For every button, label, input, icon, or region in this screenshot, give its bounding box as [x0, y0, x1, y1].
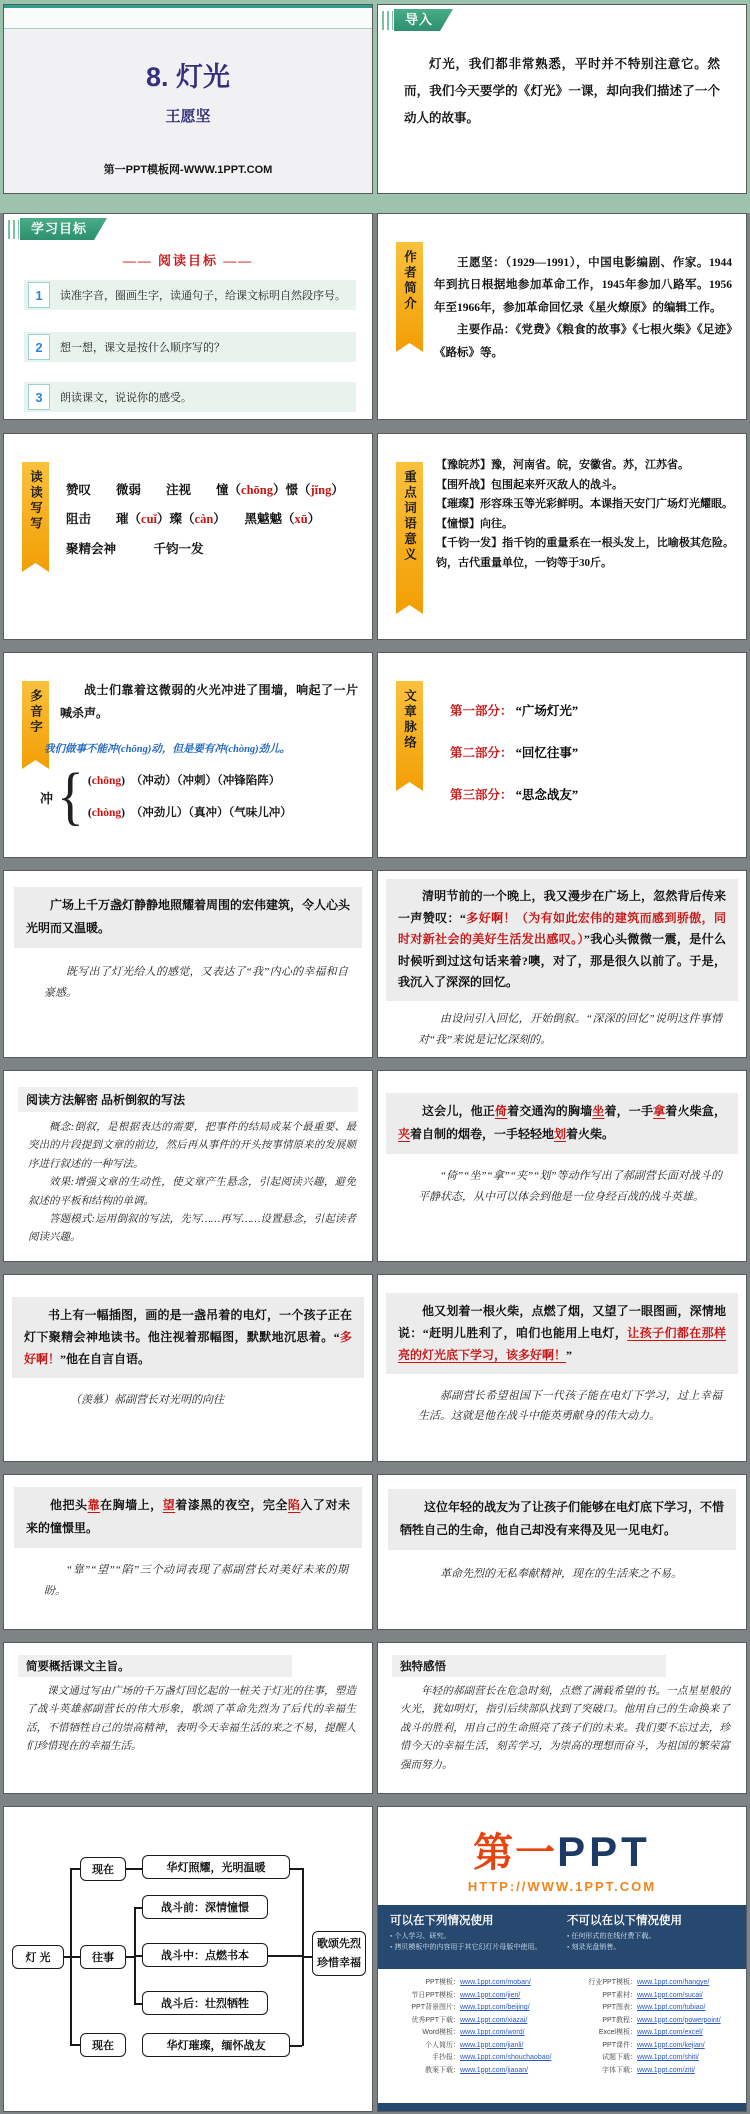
usage-forbidden-item: 任何形式的在线付费下载。: [567, 1931, 734, 1942]
goal-text: 朗读课文，说说你的感受。: [50, 389, 192, 405]
link-row: 优秀PPT下载：www.1ppt.com/xiazai/: [388, 2015, 559, 2028]
conclusion-line: 珍惜幸福: [315, 1954, 363, 1973]
slide-brand-footer: 第一PPT HTTP://WWW.1PPT.COM 可以在下列情况使用 个人学习…: [377, 1806, 747, 2112]
word-line: 阻击 璀（cuǐ）璨（càn） 黑魆魆（xū）: [66, 505, 364, 534]
pronunciation-line: (chōng) （冲动）（冲刺）（冲锋陷阵）: [88, 765, 292, 797]
link-row: PPT图表：www.1ppt.com/tubiao/: [565, 2002, 736, 2015]
term-definition: 【豫皖苏】豫，河南省。皖，安徽省。苏，江苏省。: [436, 456, 734, 476]
link-label: PPT背景图片：: [388, 2002, 460, 2015]
outline-parts: 第一部分： “广场灯光” 第二部分： “回忆往事” 第三部分： “思念战友”: [450, 701, 578, 803]
link-url[interactable]: www.1ppt.com/jiaoan/: [460, 2065, 528, 2078]
link-label: PPT课件：: [565, 2040, 637, 2053]
link-url[interactable]: www.1ppt.com/kejian/: [637, 2040, 705, 2053]
usage-allowed-title: 可以在下列情况使用: [390, 1912, 557, 1928]
annotation-text: （羡慕）郝副营长对光明的向往: [48, 1390, 348, 1411]
link-label: 手抄报：: [388, 2052, 460, 2065]
link-url[interactable]: www.1ppt.com/ziti/: [637, 2065, 695, 2078]
connector-line: [290, 2045, 302, 2047]
connector-line: [268, 1955, 302, 1957]
part-text: “广场灯光”: [516, 704, 579, 718]
method-heading: 阅读方法解密 品析倒叙的写法: [18, 1087, 358, 1112]
slide-cover: 8. 灯光 王愿坚 第一PPT模板网-WWW.1PPT.COM: [3, 4, 373, 194]
usage-forbidden-column: 不可以在以下情况使用 任何形式的在线付费下载。 刻录光盘销售。: [567, 1912, 734, 1962]
link-row: 节日PPT模板：www.1ppt.com/jieri/: [388, 1990, 559, 2003]
usage-allowed-column: 可以在下列情况使用 个人学习、研究。 拷贝模板中的内容用于其它幻灯片母版中使用。: [390, 1912, 557, 1962]
slide-terms: 重点词语意义 【豫皖苏】豫，河南省。皖，安徽省。苏，江苏省。 【围歼战】包围起来…: [377, 433, 747, 640]
annotation-text: 革命先烈的无私奉献精神，现在的生活来之不易。: [418, 1564, 722, 1585]
connector-line: [126, 1956, 134, 1958]
quote-text: 广场上千万盏灯静静地照耀着周围的宏伟建筑，令人心头光明而又温暖。: [14, 887, 362, 948]
link-url[interactable]: www.1ppt.com/moban/: [460, 1977, 531, 1990]
slide-preview-page: 8. 灯光 王愿坚 第一PPT模板网-WWW.1PPT.COM 导入 灯光，我们…: [0, 0, 750, 2114]
diagram-node-past: 往事: [80, 1945, 126, 1969]
slide-theme-summary: 简要概括课文主旨。 课文通过写由广场的千万盏灯回忆起的一桩关于灯光的往事，塑造了…: [3, 1642, 373, 1794]
connector-line: [70, 1868, 80, 1870]
site-watermark[interactable]: 第一PPT模板网-WWW.1PPT.COM: [4, 161, 372, 177]
slide-quote-analysis: 他又划着一根火柴，点燃了烟，又望了一眼图画，深情地说：“赶明儿胜利了，咱们也能用…: [377, 1274, 747, 1462]
link-label: PPT模板：: [388, 1977, 460, 1990]
connector-line: [290, 1868, 302, 1870]
link-label: 试题下载：: [565, 2052, 637, 2065]
diagram-leaf: 华灯照耀，光明温暖: [142, 1855, 290, 1879]
connector-line: [134, 1955, 142, 1957]
slide-polyphone: 多音字 战士们靠着这微弱的火光冲进了围墙，响起了一片喊杀声。 我们做事不能冲(c…: [3, 652, 373, 858]
tab-intro: 导入: [394, 9, 453, 31]
connector-line: [70, 1956, 80, 1958]
resource-links: PPT模板：www.1ppt.com/moban/ 节日PPT模板：www.1p…: [378, 1969, 746, 2103]
slide-author-intro: 作者简介 王愿坚：（1929—1991），中国电影编剧、作家。1944年到抗日根…: [377, 213, 747, 420]
intro-text: 灯光，我们都非常熟悉，平时并不特别注意它。然而，我们今天要学的《灯光》一课，却向…: [404, 51, 720, 132]
usage-forbidden-title: 不可以在以下情况使用: [567, 1912, 734, 1928]
link-url[interactable]: www.1ppt.com/xiazai/: [460, 2015, 527, 2028]
reading-goal-heading: —— 阅读目标 ——: [4, 250, 372, 269]
usage-allowed-item: 个人学习、研究。: [390, 1931, 557, 1942]
connector-line: [134, 2003, 142, 2005]
link-url[interactable]: www.1ppt.com/jieri/: [460, 1990, 520, 2003]
link-label: 个人简历：: [388, 2040, 460, 2053]
link-row: PPT教程：www.1ppt.com/powerpoint/: [565, 2015, 736, 2028]
slide-structure-diagram: 灯 光 现在 往事 现在 华灯照耀，光明温暖 战斗前：深情憧憬 战斗中：点燃书本…: [3, 1806, 373, 2112]
connector-line: [134, 1907, 142, 1909]
author-bio: 王愿坚：（1929—1991），中国电影编剧、作家。1944年到抗日根据地参加革…: [434, 252, 732, 319]
term-definitions: 【豫皖苏】豫，河南省。皖，安徽省。苏，江苏省。 【围歼战】包围起来歼灭敌人的战斗…: [436, 456, 734, 573]
link-label: 行业PPT模板：: [565, 1977, 637, 1990]
ribbon-author-intro: 作者简介: [396, 242, 423, 352]
slide-outline: 文章脉络 第一部分： “广场灯光” 第二部分： “回忆往事” 第三部分： “思念…: [377, 652, 747, 858]
link-url[interactable]: www.1ppt.com/jianli/: [460, 2040, 523, 2053]
diagram-conclusion-node: 歌颂先烈 珍惜幸福: [312, 1931, 366, 1976]
ribbon-outline: 文章脉络: [396, 681, 423, 791]
connector-line: [126, 1868, 142, 1870]
link-label: 优秀PPT下载：: [388, 2015, 460, 2028]
brace-icon: {: [57, 760, 84, 834]
polyphone-example: 我们做事不能冲(chōng)动，但是要有冲(chòng)劲儿。: [44, 741, 360, 756]
annotation-text: “倚”“坐”“拿”“夹”“划”等动作写出了郝副营长面对战斗的平静状态，从中可以体…: [418, 1166, 722, 1208]
annotation-text: 由设问引入回忆，开始倒叙。“深深的回忆”说明这件事情对“我”来说是记忆深刻的。: [418, 1009, 722, 1051]
diagram-leaf: 战斗后：壮烈牺牲: [142, 1991, 268, 2015]
part-label: 第一部分：: [450, 704, 513, 718]
method-answer-pattern: 答题模式:运用倒叙的写法，先写……再写……设置悬念，引起读者阅读兴趣。: [28, 1211, 356, 1248]
ribbon-words: 读读写写: [22, 462, 49, 572]
theme-heading: 简要概括课文主旨。: [18, 1655, 292, 1677]
link-row: Excel模板：www.1ppt.com/excel/: [565, 2027, 736, 2040]
term-definition: 【憧憬】向往。: [436, 515, 734, 535]
ribbon-terms: 重点词语意义: [396, 462, 423, 614]
brand-logo-en: PPT: [557, 1828, 651, 1875]
tab-stripes-icon: [382, 11, 393, 30]
outline-part: 第一部分： “广场灯光”: [450, 701, 578, 719]
annotation-text: 既写出了灯光给人的感觉，又表达了“我”内心的幸福和自豪感。: [44, 962, 348, 1004]
link-label: Word模板：: [388, 2027, 460, 2040]
word-list: 赞叹 微弱 注视 憧（chōng）憬（jǐng） 阻击 璀（cuǐ）璨（càn）…: [66, 476, 364, 564]
link-row: 手抄报：www.1ppt.com/shouchaobao/: [388, 2052, 559, 2065]
link-label: PPT素材：: [565, 1990, 637, 2003]
polyphone-sentence: 战士们靠着这微弱的火光冲进了围墙，响起了一片喊杀声。: [60, 679, 358, 726]
conclusion-line: 歌颂先烈: [315, 1935, 363, 1954]
brand-url-link[interactable]: HTTP://WWW.1PPT.COM: [378, 1879, 746, 1894]
link-label: Excel模板：: [565, 2027, 637, 2040]
link-url[interactable]: www.1ppt.com/shouchaobao/: [460, 2052, 551, 2065]
cover-top-decoration: [4, 5, 372, 29]
link-url[interactable]: www.1ppt.com/tubiao/: [637, 2002, 705, 2015]
link-url[interactable]: www.1ppt.com/shiti/: [637, 2052, 699, 2065]
pronunciation-list: (chōng) （冲动）（冲刺）（冲锋陷阵） (chòng) （冲劲儿）（真冲）…: [88, 765, 292, 829]
slide-quote-analysis: 书上有一幅插图，画的是一盏吊着的电灯，一个孩子正在灯下聚精会神地读书。他注视着那…: [3, 1274, 373, 1462]
slide-quote-analysis: 这位年轻的战友为了让孩子们能够在电灯底下学习，不惜牺牲自己的生命，他自己却没有来…: [377, 1474, 747, 1630]
goal-number-badge: 1: [28, 282, 50, 308]
insight-heading: 独特感悟: [392, 1655, 666, 1677]
tab-goals: 学习目标: [20, 218, 107, 240]
part-label: 第二部分：: [450, 746, 513, 760]
annotation-text: 郝副营长希望祖国下一代孩子能在电灯下学习，过上幸福生活。这就是他在战斗中能英勇献…: [418, 1386, 722, 1428]
diagram-leaf: 华灯璀璨，缅怀战友: [142, 2033, 290, 2057]
part-label: 第三部分：: [450, 788, 513, 802]
connector-line: [70, 2044, 80, 2046]
usage-forbidden-item: 刻录光盘销售。: [567, 1942, 734, 1953]
quote-text: 这会儿，他正倚着交通沟的胸墙坐着，一手拿着火柴盒，夹着自制的烟卷，一手轻轻地划着…: [386, 1093, 738, 1154]
slide-reading-method: 阅读方法解密 品析倒叙的写法 概念:倒叙，是根据表达的需要，把事件的结局或某个最…: [3, 1070, 373, 1262]
link-row: PPT模板：www.1ppt.com/moban/: [388, 1977, 559, 1990]
link-url[interactable]: www.1ppt.com/beijing/: [460, 2002, 530, 2015]
goal-item: 1 读准字音，圈画生字，读通句子，给课文标明自然段序号。: [24, 280, 356, 310]
goal-number-badge: 3: [28, 384, 50, 410]
insight-paragraph: 年轻的郝副营长在危急时刻，点燃了满载希望的书。一点星星般的火光，犹如明灯，指引后…: [400, 1683, 730, 1775]
part-text: “思念战友”: [516, 788, 579, 802]
slide-quote-analysis: 他把头靠在胸墙上，望着漆黑的夜空，完全陷入了对未来的憧憬里。 “靠”“望”“陷”…: [3, 1474, 373, 1630]
link-row: PPT课件：www.1ppt.com/kejian/: [565, 2040, 736, 2053]
theme-paragraph: 课文通过写由广场的千万盏灯回忆起的一桩关于灯光的往事，塑造了战斗英雄郝副营长的伟…: [26, 1683, 356, 1757]
quote-text: 清明节前的一个晚上，我又漫步在广场上，忽然背后传来一声赞叹：“多好啊！（为有如此…: [386, 879, 738, 1001]
links-column-left: PPT模板：www.1ppt.com/moban/ 节日PPT模板：www.1p…: [388, 1977, 559, 2095]
connector-line: [302, 1956, 312, 1958]
link-url[interactable]: www.1ppt.com/hangye/: [637, 1977, 709, 1990]
lesson-author: 王愿坚: [4, 105, 372, 126]
goal-number-badge: 2: [28, 334, 50, 360]
polyphone-character: 冲: [40, 788, 53, 807]
slide-insight: 独特感悟 年轻的郝副营长在危急时刻，点燃了满载希望的书。一点星星般的火光，犹如明…: [377, 1642, 747, 1794]
diagram-root-node: 灯 光: [12, 1945, 64, 1969]
brand-logo: 第一PPT: [378, 1821, 746, 1878]
diagram-leaf: 战斗前：深情憧憬: [142, 1895, 268, 1919]
link-url[interactable]: www.1ppt.com/sucai/: [637, 1990, 703, 2003]
link-row: 试题下载：www.1ppt.com/shiti/: [565, 2052, 736, 2065]
links-column-right: 行业PPT模板：www.1ppt.com/hangye/ PPT素材：www.1…: [565, 1977, 736, 2095]
brand-logo-cn: 第一: [473, 1831, 557, 1875]
link-url[interactable]: www.1ppt.com/powerpoint/: [637, 2015, 721, 2028]
diagram-node-now: 现在: [80, 1857, 126, 1881]
annotation-text: “靠”“望”“陷”三个动词表现了郝副营长对美好未来的期盼。: [44, 1560, 348, 1602]
usage-allowed-item: 拷贝模板中的内容用于其它幻灯片母版中使用。: [390, 1942, 557, 1953]
footer-strip: [378, 2103, 746, 2111]
word-line: 赞叹 微弱 注视 憧（chōng）憬（jǐng）: [66, 476, 364, 505]
link-row: PPT背景图片：www.1ppt.com/beijing/: [388, 2002, 559, 2015]
tab-stripes-icon: [8, 220, 19, 239]
part-text: “回忆往事”: [516, 746, 579, 760]
author-intro-text: 王愿坚：（1929—1991），中国电影编剧、作家。1944年到抗日根据地参加革…: [434, 252, 732, 364]
slide-quote-analysis: 清明节前的一个晚上，我又漫步在广场上，忽然背后传来一声赞叹：“多好啊！（为有如此…: [377, 870, 747, 1058]
link-label: 字体下载：: [565, 2065, 637, 2078]
link-url[interactable]: www.1ppt.com/excel/: [637, 2027, 703, 2040]
method-body: 概念:倒叙，是根据表达的需要，把事件的结局或某个最重要、最突出的片段提到文章的前…: [28, 1119, 356, 1248]
slide-intro: 导入 灯光，我们都非常熟悉，平时并不特别注意它。然而，我们今天要学的《灯光》一课…: [377, 4, 747, 194]
outline-part: 第三部分： “思念战友”: [450, 785, 578, 803]
term-definition: 【围歼战】包围起来歼灭敌人的战斗。: [436, 476, 734, 496]
link-label: PPT教程：: [565, 2015, 637, 2028]
word-line: 聚精会神 千钧一发: [66, 535, 364, 564]
goal-text: 想一想，课文是按什么顺序写的？: [50, 339, 225, 355]
goal-item: 2 想一想，课文是按什么顺序写的？: [24, 332, 356, 362]
outline-part: 第二部分： “回忆往事”: [450, 743, 578, 761]
goal-item: 3 朗读课文，说说你的感受。: [24, 382, 356, 412]
slide-words: 读读写写 赞叹 微弱 注视 憧（chōng）憬（jǐng） 阻击 璀（cuǐ）璨…: [3, 433, 373, 640]
link-row: 字体下载：www.1ppt.com/ziti/: [565, 2065, 736, 2078]
polyphone-group: 冲 { (chōng) （冲动）（冲刺）（冲锋陷阵） (chòng) （冲劲儿）…: [40, 765, 292, 829]
link-label: 节日PPT模板：: [388, 1990, 460, 2003]
usage-terms-band: 可以在下列情况使用 个人学习、研究。 拷贝模板中的内容用于其它幻灯片母版中使用。…: [378, 1905, 746, 1969]
diagram-leaf: 战斗中：点燃书本: [142, 1943, 268, 1967]
quote-text: 他又划着一根火柴，点燃了烟，又望了一眼图画，深情地说：“赶明儿胜利了，咱们也能用…: [386, 1293, 738, 1374]
term-definition: 【璀璨】形容珠玉等光彩鲜明。本课指天安门广场灯光耀眼。: [436, 495, 734, 515]
link-row: 教案下载：www.1ppt.com/jiaoan/: [388, 2065, 559, 2078]
diagram-node-now: 现在: [80, 2033, 126, 2057]
term-definition: 【千钧一发】指千钧的重量系在一根头发上，比喻极其危险。钧，古代重量单位，一钧等于…: [436, 534, 734, 573]
method-concept: 概念:倒叙，是根据表达的需要，把事件的结局或某个最重要、最突出的片段提到文章的前…: [28, 1119, 356, 1174]
slide-goals: 学习目标 —— 阅读目标 —— 1 读准字音，圈画生字，读通句子，给课文标明自然…: [3, 213, 373, 420]
quote-text: 书上有一幅插图，画的是一盏吊着的电灯，一个孩子正在灯下聚精会神地读书。他注视着那…: [12, 1297, 364, 1378]
pronunciation-line: (chòng) （冲劲儿）（真冲）（气味儿冲）: [88, 797, 292, 829]
slide-quote-analysis: 这会儿，他正倚着交通沟的胸墙坐着，一手拿着火柴盒，夹着自制的烟卷，一手轻轻地划着…: [377, 1070, 747, 1262]
link-label: PPT图表：: [565, 2002, 637, 2015]
link-label: 教案下载：: [388, 2065, 460, 2078]
goal-text: 读准字音，圈画生字，读通句子，给课文标明自然段序号。: [50, 287, 346, 303]
lesson-title: 8. 灯光: [4, 55, 372, 94]
slide-quote-analysis: 广场上千万盏灯静静地照耀着周围的宏伟建筑，令人心头光明而又温暖。 既写出了灯光给…: [3, 870, 373, 1058]
author-works: 主要作品：《党费》《粮食的故事》《七根火柴》《足迹》《路标》等。: [434, 319, 732, 364]
method-effect: 效果:增强文章的生动性，使文章产生悬念，引起阅读兴趣，避免叙述的平板和结构的单调…: [28, 1174, 356, 1211]
link-row: Word模板：www.1ppt.com/word/: [388, 2027, 559, 2040]
quote-text: 他把头靠在胸墙上，望着漆黑的夜空，完全陷入了对未来的憧憬里。: [14, 1487, 362, 1548]
link-row: PPT素材：www.1ppt.com/sucai/: [565, 1990, 736, 2003]
link-row: 个人简历：www.1ppt.com/jianli/: [388, 2040, 559, 2053]
quote-text: 这位年轻的战友为了让孩子们能够在电灯底下学习，不惜牺牲自己的生命，他自己却没有来…: [388, 1489, 736, 1550]
link-row: 行业PPT模板：www.1ppt.com/hangye/: [565, 1977, 736, 1990]
link-url[interactable]: www.1ppt.com/word/: [460, 2027, 525, 2040]
